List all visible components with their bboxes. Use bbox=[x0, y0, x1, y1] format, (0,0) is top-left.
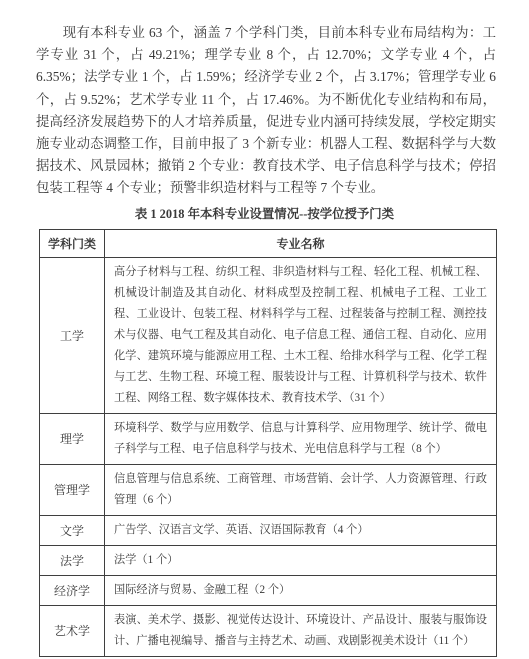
table-caption: 表 1 2018 年本科专业设置情况--按学位授予门类 bbox=[0, 204, 529, 222]
major-names: 高分子材料与工程、纺织工程、非织造材料与工程、轻化工程、机械工程、机械设计制造及… bbox=[105, 257, 497, 413]
majors-table: 学科门类 专业名称 工学 高分子材料与工程、纺织工程、非织造材料与工程、轻化工程… bbox=[39, 229, 497, 657]
discipline-category: 理学 bbox=[40, 413, 105, 464]
discipline-category: 经济学 bbox=[40, 575, 105, 605]
table-row: 工学 高分子材料与工程、纺织工程、非织造材料与工程、轻化工程、机械工程、机械设计… bbox=[40, 257, 497, 413]
discipline-category: 文学 bbox=[40, 515, 105, 545]
major-names: 环境科学、数学与应用数学、信息与计算科学、应用物理学、统计学、微电子科学与工程、… bbox=[105, 413, 497, 464]
major-names: 信息管理与信息系统、工商管理、市场营销、会计学、人力资源管理、行政管理（6 个） bbox=[105, 464, 497, 515]
table-row: 经济学 国际经济与贸易、金融工程（2 个） bbox=[40, 575, 497, 605]
discipline-category: 法学 bbox=[40, 545, 105, 575]
table-row: 理学 环境科学、数学与应用数学、信息与计算科学、应用物理学、统计学、微电子科学与… bbox=[40, 413, 497, 464]
discipline-category: 管理学 bbox=[40, 464, 105, 515]
table-row: 文学 广告学、汉语言文学、英语、汉语国际教育（4 个） bbox=[40, 515, 497, 545]
table-row: 法学 法学（1 个） bbox=[40, 545, 497, 575]
header-major-names: 专业名称 bbox=[105, 229, 497, 257]
major-names: 广告学、汉语言文学、英语、汉语国际教育（4 个） bbox=[105, 515, 497, 545]
major-names: 表演、美术学、摄影、视觉传达设计、环境设计、产品设计、服装与服饰设计、广播电视编… bbox=[105, 605, 497, 656]
table-row: 艺术学 表演、美术学、摄影、视觉传达设计、环境设计、产品设计、服装与服饰设计、广… bbox=[40, 605, 497, 656]
document-page: 现有本科专业 63 个，涵盖 7 个学科门类，目前本科专业布局结构为：工学专业 … bbox=[0, 0, 529, 659]
major-names: 国际经济与贸易、金融工程（2 个） bbox=[105, 575, 497, 605]
major-names: 法学（1 个） bbox=[105, 545, 497, 575]
header-discipline-category: 学科门类 bbox=[40, 229, 105, 257]
intro-paragraph: 现有本科专业 63 个，涵盖 7 个学科门类，目前本科专业布局结构为：工学专业 … bbox=[36, 22, 496, 200]
table-row: 管理学 信息管理与信息系统、工商管理、市场营销、会计学、人力资源管理、行政管理（… bbox=[40, 464, 497, 515]
discipline-category: 工学 bbox=[40, 257, 105, 413]
table-header-row: 学科门类 专业名称 bbox=[40, 229, 497, 257]
discipline-category: 艺术学 bbox=[40, 605, 105, 656]
